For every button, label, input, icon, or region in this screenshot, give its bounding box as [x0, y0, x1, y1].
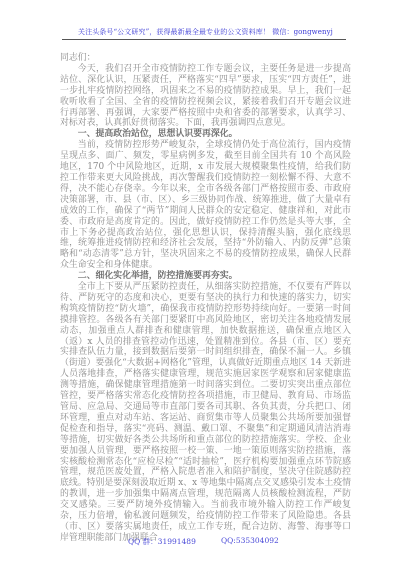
section-heading-1: 一、提高政治站位，思想认识要再深化。: [60, 129, 351, 140]
header-banner-link[interactable]: 关注头条号“公文研究”，获得最新最全最专业的公文资料库！ 微信：gongweny…: [78, 27, 333, 37]
header-banner: 关注头条号“公文研究”，获得最新最全最专业的公文资料库！ 微信：gongweny…: [62, 27, 346, 40]
qq-group-number: QQ 群：31991489: [128, 536, 196, 547]
document-page: 关注头条号“公文研究”，获得最新最全最专业的公文资料库！ 微信：gongweny…: [0, 0, 408, 580]
section-heading-2: 二、细化实化举措，防控措施要再夯实。: [60, 271, 351, 282]
document-body: 同志们： 今天，我们召开全市疫情防控工作专题会议，主要任务是进一步提高站位、深化…: [60, 53, 351, 544]
paragraph-section-1: 当前，疫情防控形势严峻复杂，全球疫情仍处于高位流行，国内疫情呈现点多、面广、频发…: [60, 140, 351, 271]
paragraph-intro: 今天，我们召开全市疫情防控工作专题会议，主要任务是进一步提高站位、深化认识，压紧…: [60, 64, 351, 129]
greeting: 同志们：: [60, 53, 351, 64]
qq-number: QQ:535304092: [221, 536, 279, 545]
paragraph-section-2: 全市上下要从严压紧防控责任，从细落实防控措施，不仅要有严阵以待、严防死守的态度和…: [60, 282, 351, 544]
